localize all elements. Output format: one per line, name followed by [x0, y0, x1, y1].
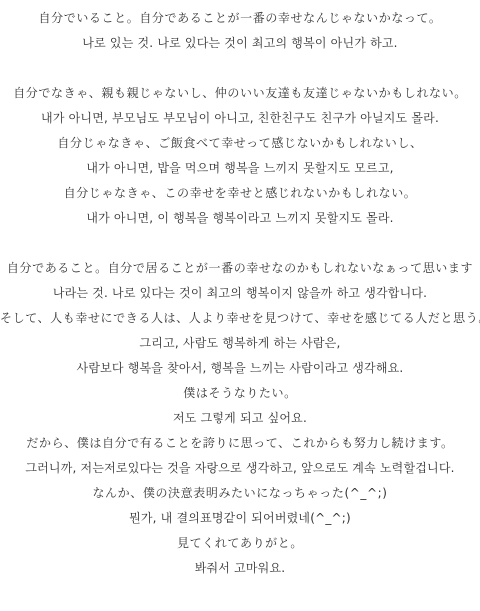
text-line-ja: だから、僕は自分で有ることを誇りに思って、これからも努力し続けます。	[0, 431, 480, 456]
text-line-ja: 見てくれてありがと。	[0, 531, 480, 556]
text-body: 自分でいること。自分であることが一番の幸せなんじゃないかなって。나로 있는 것.…	[0, 6, 480, 581]
text-line-ja: 僕はそうなりたい。	[0, 381, 480, 406]
text-line-ko: 내가 아니면, 부모님도 부모님이 아니고, 친한친구도 친구가 아닐지도 몰라…	[0, 106, 480, 131]
text-line-ja: 自分であること。自分で居ることが一番の幸せなのかもしれないなぁって思います	[0, 256, 480, 281]
text-line-ja: 自分でなきゃ、親も親じゃないし、仲のいい友達も友達じゃないかもしれない。	[0, 81, 480, 106]
paragraph: 自分でなきゃ、親も親じゃないし、仲のいい友達も友達じゃないかもしれない。내가 아…	[0, 81, 480, 231]
text-line-ja: 自分じゃなきゃ、ご飯食べて幸せって感じないかもしれないし、	[0, 131, 480, 156]
text-line-ko: 저도 그렇게 되고 싶어요.	[0, 406, 480, 431]
text-line-ko: 사람보다 행복을 찾아서, 행복을 느끼는 사람이라고 생각해요.	[0, 356, 480, 381]
text-line-ja: 自分じゃなきゃ、この幸せを幸せと感じれないかもしれない。	[0, 181, 480, 206]
text-line-ko: 그리고, 사람도 행복하게 하는 사람은,	[0, 331, 480, 356]
document-page: 自分でいること。自分であることが一番の幸せなんじゃないかなって。나로 있는 것.…	[0, 0, 480, 611]
paragraph: 自分でいること。自分であることが一番の幸せなんじゃないかなって。나로 있는 것.…	[0, 6, 480, 56]
text-line-ja: なんか、僕の決意表明みたいになっちゃった(^_^;)	[0, 481, 480, 506]
text-line-ko: 봐줘서 고마워요.	[0, 556, 480, 581]
text-line-ja: そして、人も幸せにできる人は、人より幸せを見つけて、幸せを感じてる人だと思う。	[0, 306, 480, 331]
text-line-ko: 뭔가, 내 결의표명같이 되어버렸네(^_^;)	[0, 506, 480, 531]
text-line-ja: 自分でいること。自分であることが一番の幸せなんじゃないかなって。	[0, 6, 480, 31]
text-line-ko: 내가 아니면, 밥을 먹으며 행복을 느끼지 못할지도 모르고,	[0, 156, 480, 181]
text-line-ko: 나로 있는 것. 나로 있다는 것이 최고의 행복이 아닌가 하고.	[0, 31, 480, 56]
text-line-ko: 나라는 것. 나로 있다는 것이 최고의 행복이지 않을까 하고 생각합니다.	[0, 281, 480, 306]
text-line-ko: 그러니까, 저는저로있다는 것을 자랑으로 생각하고, 앞으로도 계속 노력할겁…	[0, 456, 480, 481]
paragraph: 自分であること。自分で居ることが一番の幸せなのかもしれないなぁって思います나라는…	[0, 256, 480, 581]
text-line-ko: 내가 아니면, 이 행복을 행복이라고 느끼지 못할지도 몰라.	[0, 206, 480, 231]
